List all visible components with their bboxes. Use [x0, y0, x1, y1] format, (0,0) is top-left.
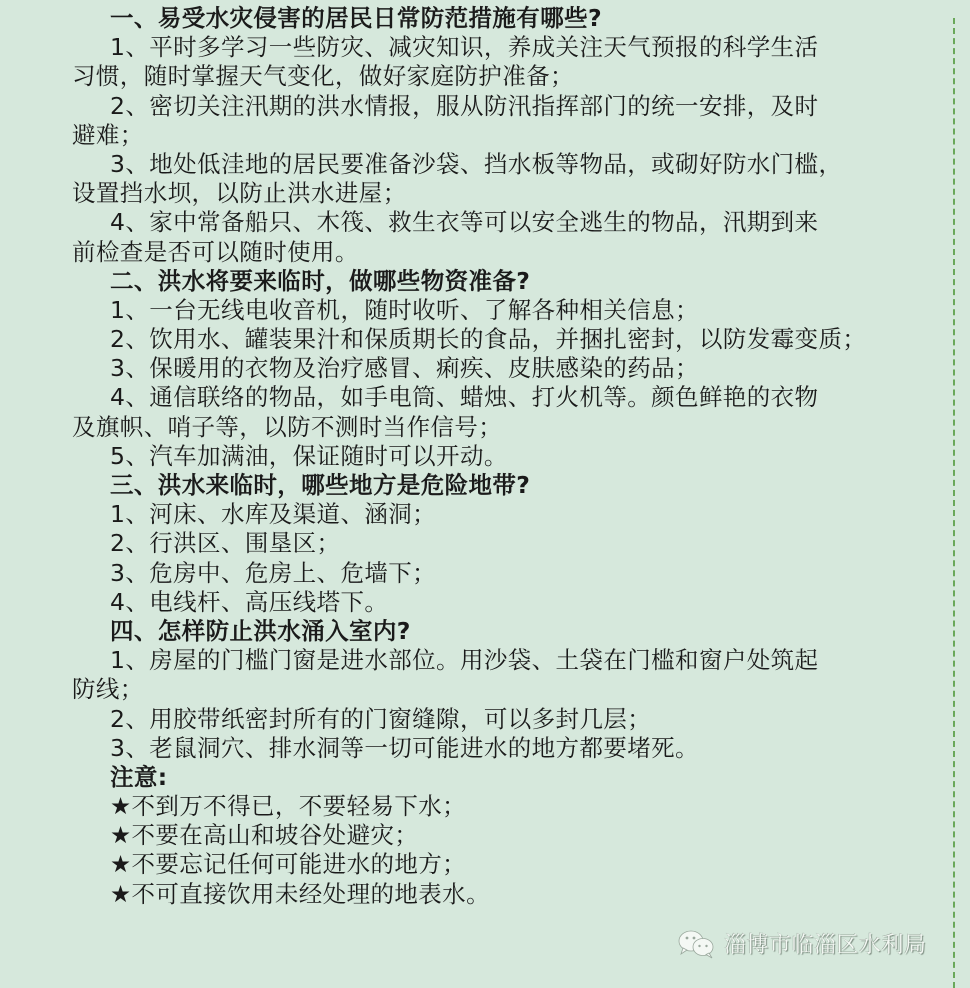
- text-line: 2、密切关注汛期的洪水情报，服从防汛指挥部门的统一安排，及时: [72, 92, 922, 121]
- watermark-text: 淄博市临淄区水利局: [724, 928, 927, 959]
- text-line: 前检查是否可以随时使用。: [72, 238, 922, 267]
- text-line: 4、通信联络的物品，如手电筒、蜡烛、打火机等。颜色鲜艳的衣物: [72, 383, 922, 412]
- text-line: 2、饮用水、罐装果汁和保质期长的食品，并捆扎密封，以防发霉变质；: [72, 325, 922, 354]
- text-line: 3、保暖用的衣物及治疗感冒、痢疾、皮肤感染的药品；: [72, 354, 922, 383]
- section-heading: 注意:: [72, 763, 922, 792]
- text-line: 4、电线杆、高压线塔下。: [72, 588, 922, 617]
- text-line: 1、河床、水库及渠道、涵洞；: [72, 500, 922, 529]
- watermark: 淄博市临淄区水利局: [676, 928, 927, 959]
- text-line: 2、行洪区、围垦区；: [72, 529, 922, 558]
- section-heading: 三、洪水来临时，哪些地方是危险地带?: [72, 471, 922, 500]
- text-line: 3、地处低洼地的居民要准备沙袋、挡水板等物品，或砌好防水门槛，: [72, 150, 922, 179]
- section-heading: 二、洪水将要来临时，做哪些物资准备?: [72, 267, 922, 296]
- dashed-border: [953, 18, 955, 988]
- text-line: 及旗帜、哨子等，以防不测时当作信号；: [72, 413, 922, 442]
- text-line: 5、汽车加满油，保证随时可以开动。: [72, 442, 922, 471]
- text-line: 2、用胶带纸密封所有的门窗缝隙，可以多封几层；: [72, 705, 922, 734]
- wechat-icon: [676, 929, 718, 959]
- document-body: 一、易受水灾侵害的居民日常防范措施有哪些?1、平时多学习一些防灾、减灾知识，养成…: [72, 4, 922, 909]
- text-line: 防线；: [72, 675, 922, 704]
- text-line: ★不可直接饮用未经处理的地表水。: [72, 880, 922, 909]
- text-line: 3、老鼠洞穴、排水洞等一切可能进水的地方都要堵死。: [72, 734, 922, 763]
- text-line: 1、一台无线电收音机，随时收听、了解各种相关信息；: [72, 296, 922, 325]
- text-line: 习惯，随时掌握天气变化，做好家庭防护准备；: [72, 62, 922, 91]
- text-line: ★不到万不得已，不要轻易下水；: [72, 792, 922, 821]
- section-heading: 四、怎样防止洪水涌入室内?: [72, 617, 922, 646]
- section-heading: 一、易受水灾侵害的居民日常防范措施有哪些?: [72, 4, 922, 33]
- text-line: ★不要忘记任何可能进水的地方；: [72, 850, 922, 879]
- text-line: 1、平时多学习一些防灾、减灾知识，养成关注天气预报的科学生活: [72, 33, 922, 62]
- text-line: 避难；: [72, 121, 922, 150]
- text-line: 3、危房中、危房上、危墙下；: [72, 559, 922, 588]
- text-line: 4、家中常备船只、木筏、救生衣等可以安全逃生的物品，汛期到来: [72, 208, 922, 237]
- text-line: 1、房屋的门槛门窗是进水部位。用沙袋、土袋在门槛和窗户处筑起: [72, 646, 922, 675]
- text-line: 设置挡水坝，以防止洪水进屋；: [72, 179, 922, 208]
- text-line: ★不要在高山和坡谷处避灾；: [72, 821, 922, 850]
